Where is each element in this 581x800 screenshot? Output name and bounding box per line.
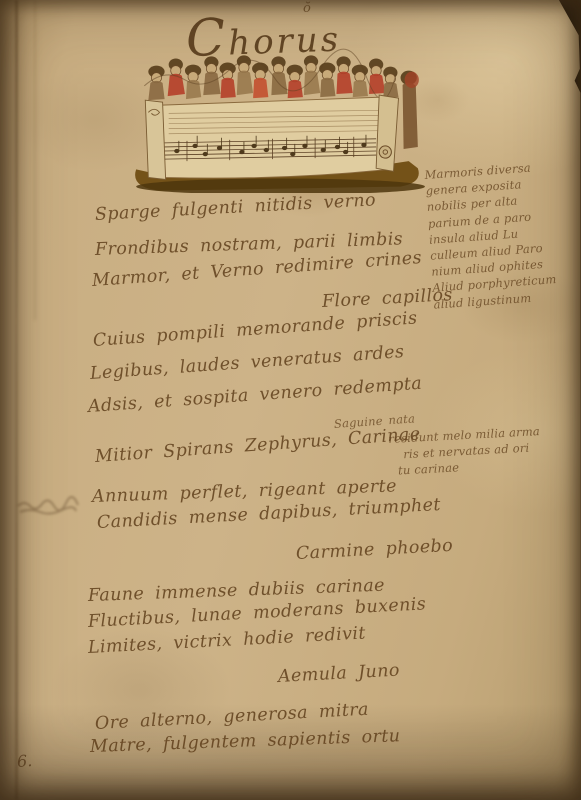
left-fold-crease	[15, 0, 18, 800]
scroll-left-roll	[145, 100, 165, 179]
choir-illustration	[128, 48, 428, 193]
manuscript-photo: ŏ Chorus	[0, 0, 581, 800]
right-red-figure	[405, 72, 419, 88]
page-number: 6.	[16, 751, 33, 771]
secondary-crease	[34, 0, 36, 320]
scroll-right-roll	[376, 95, 398, 171]
music-scroll-sheet	[159, 97, 390, 178]
erased-marginal-note	[12, 492, 92, 518]
